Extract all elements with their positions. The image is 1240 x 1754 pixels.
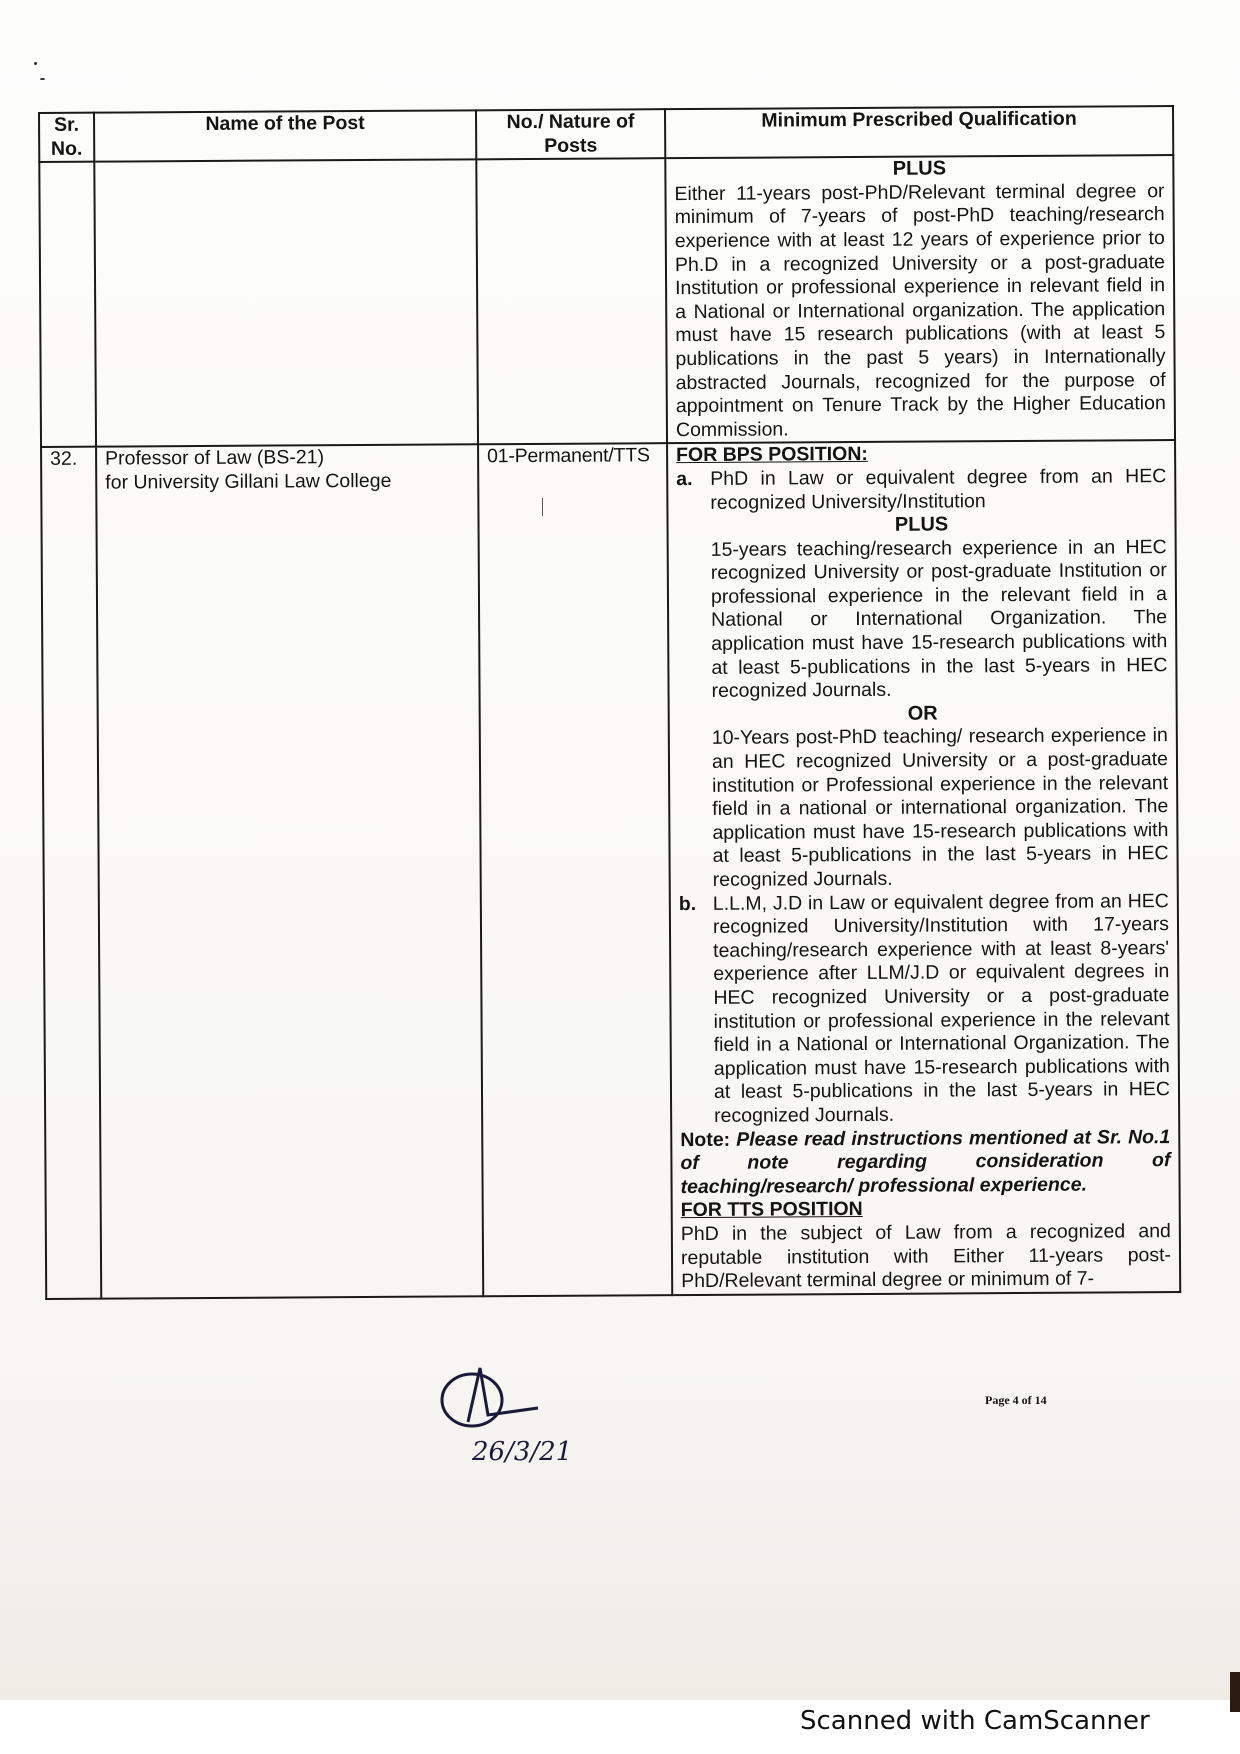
bps-position-heading: FOR BPS POSITION: <box>676 441 1166 468</box>
signature-date: 26/3/21 <box>471 1437 572 1467</box>
scan-speck <box>40 78 45 80</box>
note: Note: Please read instructions mentioned… <box>680 1126 1170 1200</box>
number-nature-text: 01-Permanent/TTS <box>487 445 658 470</box>
post-name-line2: for University Gillani Law College <box>105 469 469 495</box>
item-a-or-text: 10-Years post-PhD teaching/ research exp… <box>712 725 1169 893</box>
cell-number-nature: 01-Permanent/TTS <box>478 443 672 1296</box>
header-qualification: Minimum Prescribed Qualification <box>665 106 1173 158</box>
tts-text: PhD in the subject of Law from a recogni… <box>681 1220 1171 1294</box>
cell-qualification-continued: PLUS Either 11-years post-PhD/Relevant t… <box>665 155 1175 443</box>
signature: 26/3/21 <box>430 1360 590 1470</box>
item-b-text: L.L.M, J.D in Law or equivalent degree f… <box>713 890 1170 1129</box>
plus-label: PLUS <box>674 156 1164 183</box>
header-number-nature: No./ Nature of Posts <box>476 109 665 159</box>
plus-label: PLUS <box>676 512 1166 539</box>
post-name-line1: Professor of Law (BS-21) <box>105 446 469 472</box>
table-row-continued: PLUS Either 11-years post-PhD/Relevant t… <box>39 155 1175 447</box>
scan-speck <box>34 62 37 65</box>
cell-sr-no: 32. <box>41 447 101 1299</box>
item-a-label: a. <box>676 468 710 515</box>
item-b: b. L.L.M, J.D in Law or equivalent degre… <box>679 890 1170 1129</box>
or-label: OR <box>678 701 1168 728</box>
item-b-label: b. <box>679 892 714 1128</box>
header-post-name: Name of the Post <box>94 110 476 162</box>
note-label: Note: <box>680 1128 730 1150</box>
tts-position-heading: FOR TTS POSITION <box>681 1196 1171 1223</box>
table-row: 32. Professor of Law (BS-21) for Univers… <box>41 440 1180 1298</box>
cell-name-empty <box>94 160 478 447</box>
cell-post-name: Professor of Law (BS-21) for University … <box>96 445 483 1299</box>
posts-table: Sr. No. Name of the Post No./ Nature of … <box>38 105 1181 1300</box>
cell-num-empty <box>476 158 667 444</box>
note-text: Please read instructions mentioned at Sr… <box>680 1126 1170 1198</box>
table-header-row: Sr. No. Name of the Post No./ Nature of … <box>39 106 1173 162</box>
cell-sr-empty <box>39 162 96 447</box>
qualification-text: Either 11-years post-PhD/Relevant termin… <box>674 180 1166 443</box>
header-sr-no: Sr. No. <box>39 113 94 163</box>
item-a: a. PhD in Law or equivalent degree from … <box>676 465 1166 515</box>
camscanner-watermark: Scanned with CamScanner <box>800 1706 1150 1736</box>
item-a-plus-text: 15-years teaching/research experience in… <box>711 536 1168 704</box>
page-number: Page 4 of 14 <box>985 1393 1047 1408</box>
page-edge-shadow <box>1230 1672 1240 1712</box>
pen-mark <box>542 498 543 516</box>
cell-qualification: FOR BPS POSITION: a. PhD in Law or equiv… <box>667 440 1180 1294</box>
item-a-text: PhD in Law or equivalent degree from an … <box>710 465 1166 515</box>
